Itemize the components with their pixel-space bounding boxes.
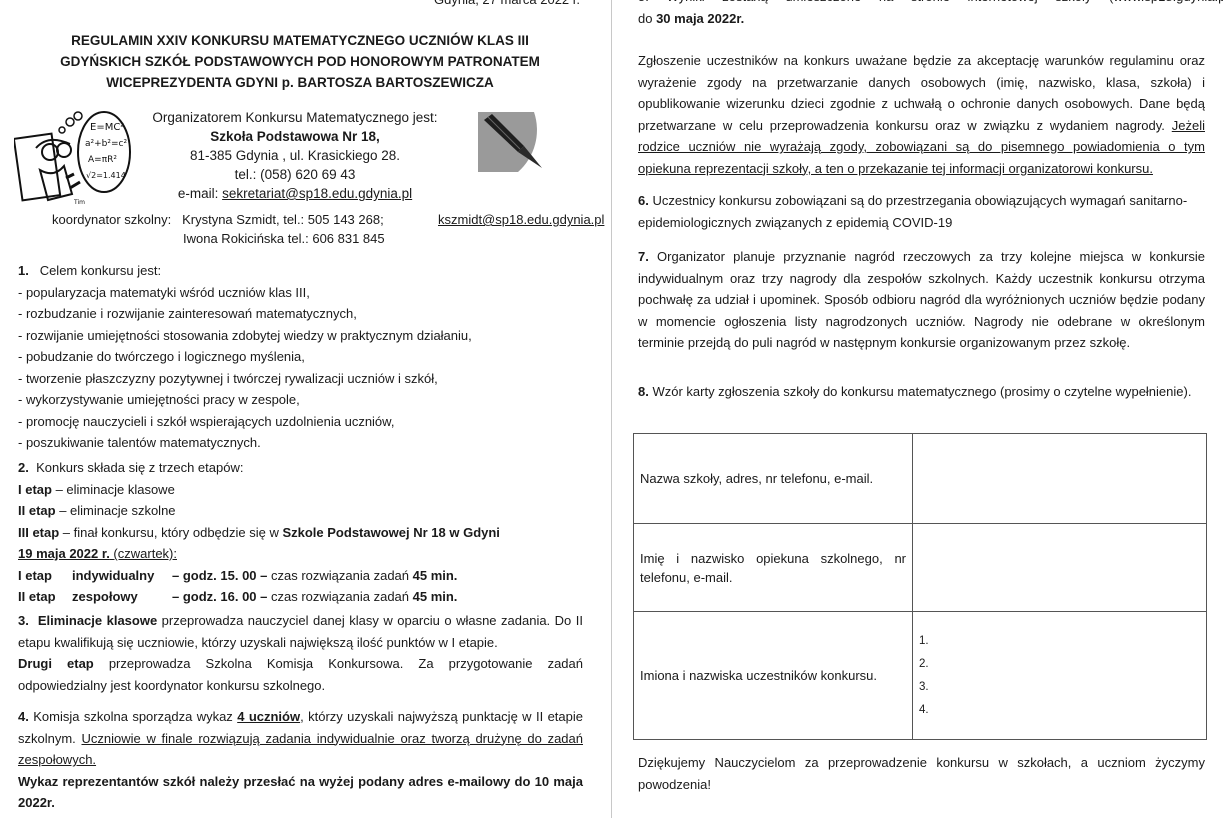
coordinator-email-link[interactable]: kszmidt@sp18.edu.gdynia.pl <box>438 210 604 229</box>
section-4: 4. Komisja szkolna sporządza wykaz 4 ucz… <box>18 706 583 814</box>
form-label-guardian: Imię i nazwisko opiekuna szkolnego, nr t… <box>634 524 913 612</box>
form-label-participants: Imiona i nazwiska uczestników konkursu. <box>634 612 913 740</box>
stage-2: II etap – eliminacje szkolne <box>18 500 583 522</box>
form-row-guardian: Imię i nazwisko opiekuna szkolnego, nr t… <box>634 524 1207 612</box>
page-divider <box>611 0 612 818</box>
coordinator-person-1: Krystyna Szmidt, tel.: 505 143 268; <box>182 212 384 227</box>
form-row-school: Nazwa szkoły, adres, nr telefonu, e-mail… <box>634 434 1207 524</box>
organizer-block: Organizatorem Konkursu Matematycznego je… <box>130 108 460 203</box>
form-field-participants[interactable]: 1. 2. 3. 4. <box>913 612 1207 740</box>
left-page: Gdynia, 27 marca 2022 r. REGULAMIN XXIV … <box>0 0 612 818</box>
svg-text:A=πR²: A=πR² <box>88 155 117 165</box>
section-2: 2. Konkurs składa się z trzech etapów: I… <box>18 457 583 608</box>
final-date: 19 maja 2022 r. (czwartek): <box>18 543 583 565</box>
svg-text:Tim: Tim <box>73 199 85 206</box>
coordinator-block: koordynator szkolny: Krystyna Szmidt, te… <box>52 210 385 248</box>
svg-text:a²+b²=c²: a²+b²=c² <box>85 139 127 149</box>
section-1-number: 1. <box>18 263 29 278</box>
goal-item: - pobudzanie do twórczego i logicznego m… <box>18 346 583 368</box>
goal-item: - poszukiwanie talentów matematycznych. <box>18 432 583 454</box>
form-row-participants: Imiona i nazwiska uczestników konkursu. … <box>634 612 1207 740</box>
title-line-3: WICEPREZYDENTA GDYNI p. BARTOSZA BARTOSZ… <box>0 72 600 93</box>
section-6: 6. Uczestnicy konkursu zobowiązani są do… <box>638 190 1205 233</box>
form-field-school[interactable] <box>913 434 1207 524</box>
email-label: e-mail: <box>178 186 222 201</box>
goal-item: - rozwijanie umiejętności stosowania zdo… <box>18 325 583 347</box>
goal-item: - promocję nauczycieli i szkół wspierają… <box>18 411 583 433</box>
svg-text:√2=1.414: √2=1.414 <box>86 171 126 180</box>
participant-slot-1[interactable]: 1. <box>919 630 1200 653</box>
math-cartoon-icon: E=MC² a²+b²=c² A=πR² √2=1.414 Tim <box>14 108 132 206</box>
goal-item: - rozbudzanie i rozwijanie zainteresowań… <box>18 303 583 325</box>
section-1: 1. Celem konkursu jest: - popularyzacja … <box>18 260 583 454</box>
consent-paragraph: Zgłoszenie uczestników na konkurs uważan… <box>638 50 1205 179</box>
form-label-school: Nazwa szkoły, adres, nr telefonu, e-mail… <box>634 434 913 524</box>
organizer-intro: Organizatorem Konkursu Matematycznego je… <box>130 108 460 127</box>
document-title: REGULAMIN XXIV KONKURSU MATEMATYCZNEGO U… <box>0 30 600 93</box>
fountain-pen-icon <box>478 108 550 172</box>
stage-1: I etap – eliminacje klasowe <box>18 479 583 501</box>
right-page: 5. Wyniki zostaną umieszczone na stronie… <box>613 0 1223 818</box>
goal-item: - popularyzacja matematyki wśród uczniów… <box>18 282 583 304</box>
section-7: 7. Organizator planuje przyznanie nagród… <box>638 246 1205 354</box>
title-line-1: REGULAMIN XXIV KONKURSU MATEMATYCZNEGO U… <box>0 30 600 51</box>
section-2-number: 2. <box>18 460 29 475</box>
organizer-school: Szkoła Podstawowa Nr 18, <box>130 127 460 146</box>
section-3: 3. Eliminacje klasowe przeprowadza naucz… <box>18 610 583 696</box>
participant-slot-2[interactable]: 2. <box>919 653 1200 676</box>
participant-slot-4[interactable]: 4. <box>919 699 1200 722</box>
section-1-heading: Celem konkursu jest: <box>40 263 161 278</box>
coordinator-label: koordynator szkolny: <box>52 212 171 227</box>
participant-slot-3[interactable]: 3. <box>919 676 1200 699</box>
section-8: 8. Wzór karty zgłoszenia szkoły do konku… <box>638 382 1205 401</box>
coordinator-person-2: Iwona Rokicińska tel.: 606 831 845 <box>52 229 385 248</box>
title-line-2: GDYŃSKICH SZKÓŁ PODSTAWOWYCH POD HONOROW… <box>0 51 600 72</box>
svg-text:E=MC²: E=MC² <box>90 122 124 133</box>
round-individual: I etapindywidualny– godz. 15. 00 – czas … <box>18 565 583 587</box>
stage-3: III etap – finał konkursu, który odbędzi… <box>18 522 583 544</box>
closing-paragraph: Dziękujemy Nauczycielom za przeprowadzen… <box>638 752 1205 795</box>
organizer-phone: tel.: (058) 620 69 43 <box>130 165 460 184</box>
goal-item: - wykorzystywanie umiejętności pracy w z… <box>18 389 583 411</box>
organizer-address: 81-385 Gdynia , ul. Krasickiego 28. <box>130 146 460 165</box>
document-date: Gdynia, 27 marca 2022 r. <box>434 0 580 9</box>
organizer-email-link[interactable]: sekretariat@sp18.edu.gdynia.pl <box>222 186 412 201</box>
school-entry-form-table: Nazwa szkoły, adres, nr telefonu, e-mail… <box>633 433 1207 740</box>
round-team: II etapzespołowy– godz. 16. 00 – czas ro… <box>18 586 583 608</box>
section-5: do 30 maja 2022r. <box>638 8 1205 30</box>
goal-item: - tworzenie płaszczyzny pozytywnej i twó… <box>18 368 583 390</box>
form-field-guardian[interactable] <box>913 524 1207 612</box>
section-5-cut-line: 5. Wyniki zostaną umieszczone na stronie… <box>638 0 1205 6</box>
organizer-email-line: e-mail: sekretariat@sp18.edu.gdynia.pl <box>130 184 460 203</box>
section-2-heading: Konkurs składa się z trzech etapów: <box>36 460 243 475</box>
